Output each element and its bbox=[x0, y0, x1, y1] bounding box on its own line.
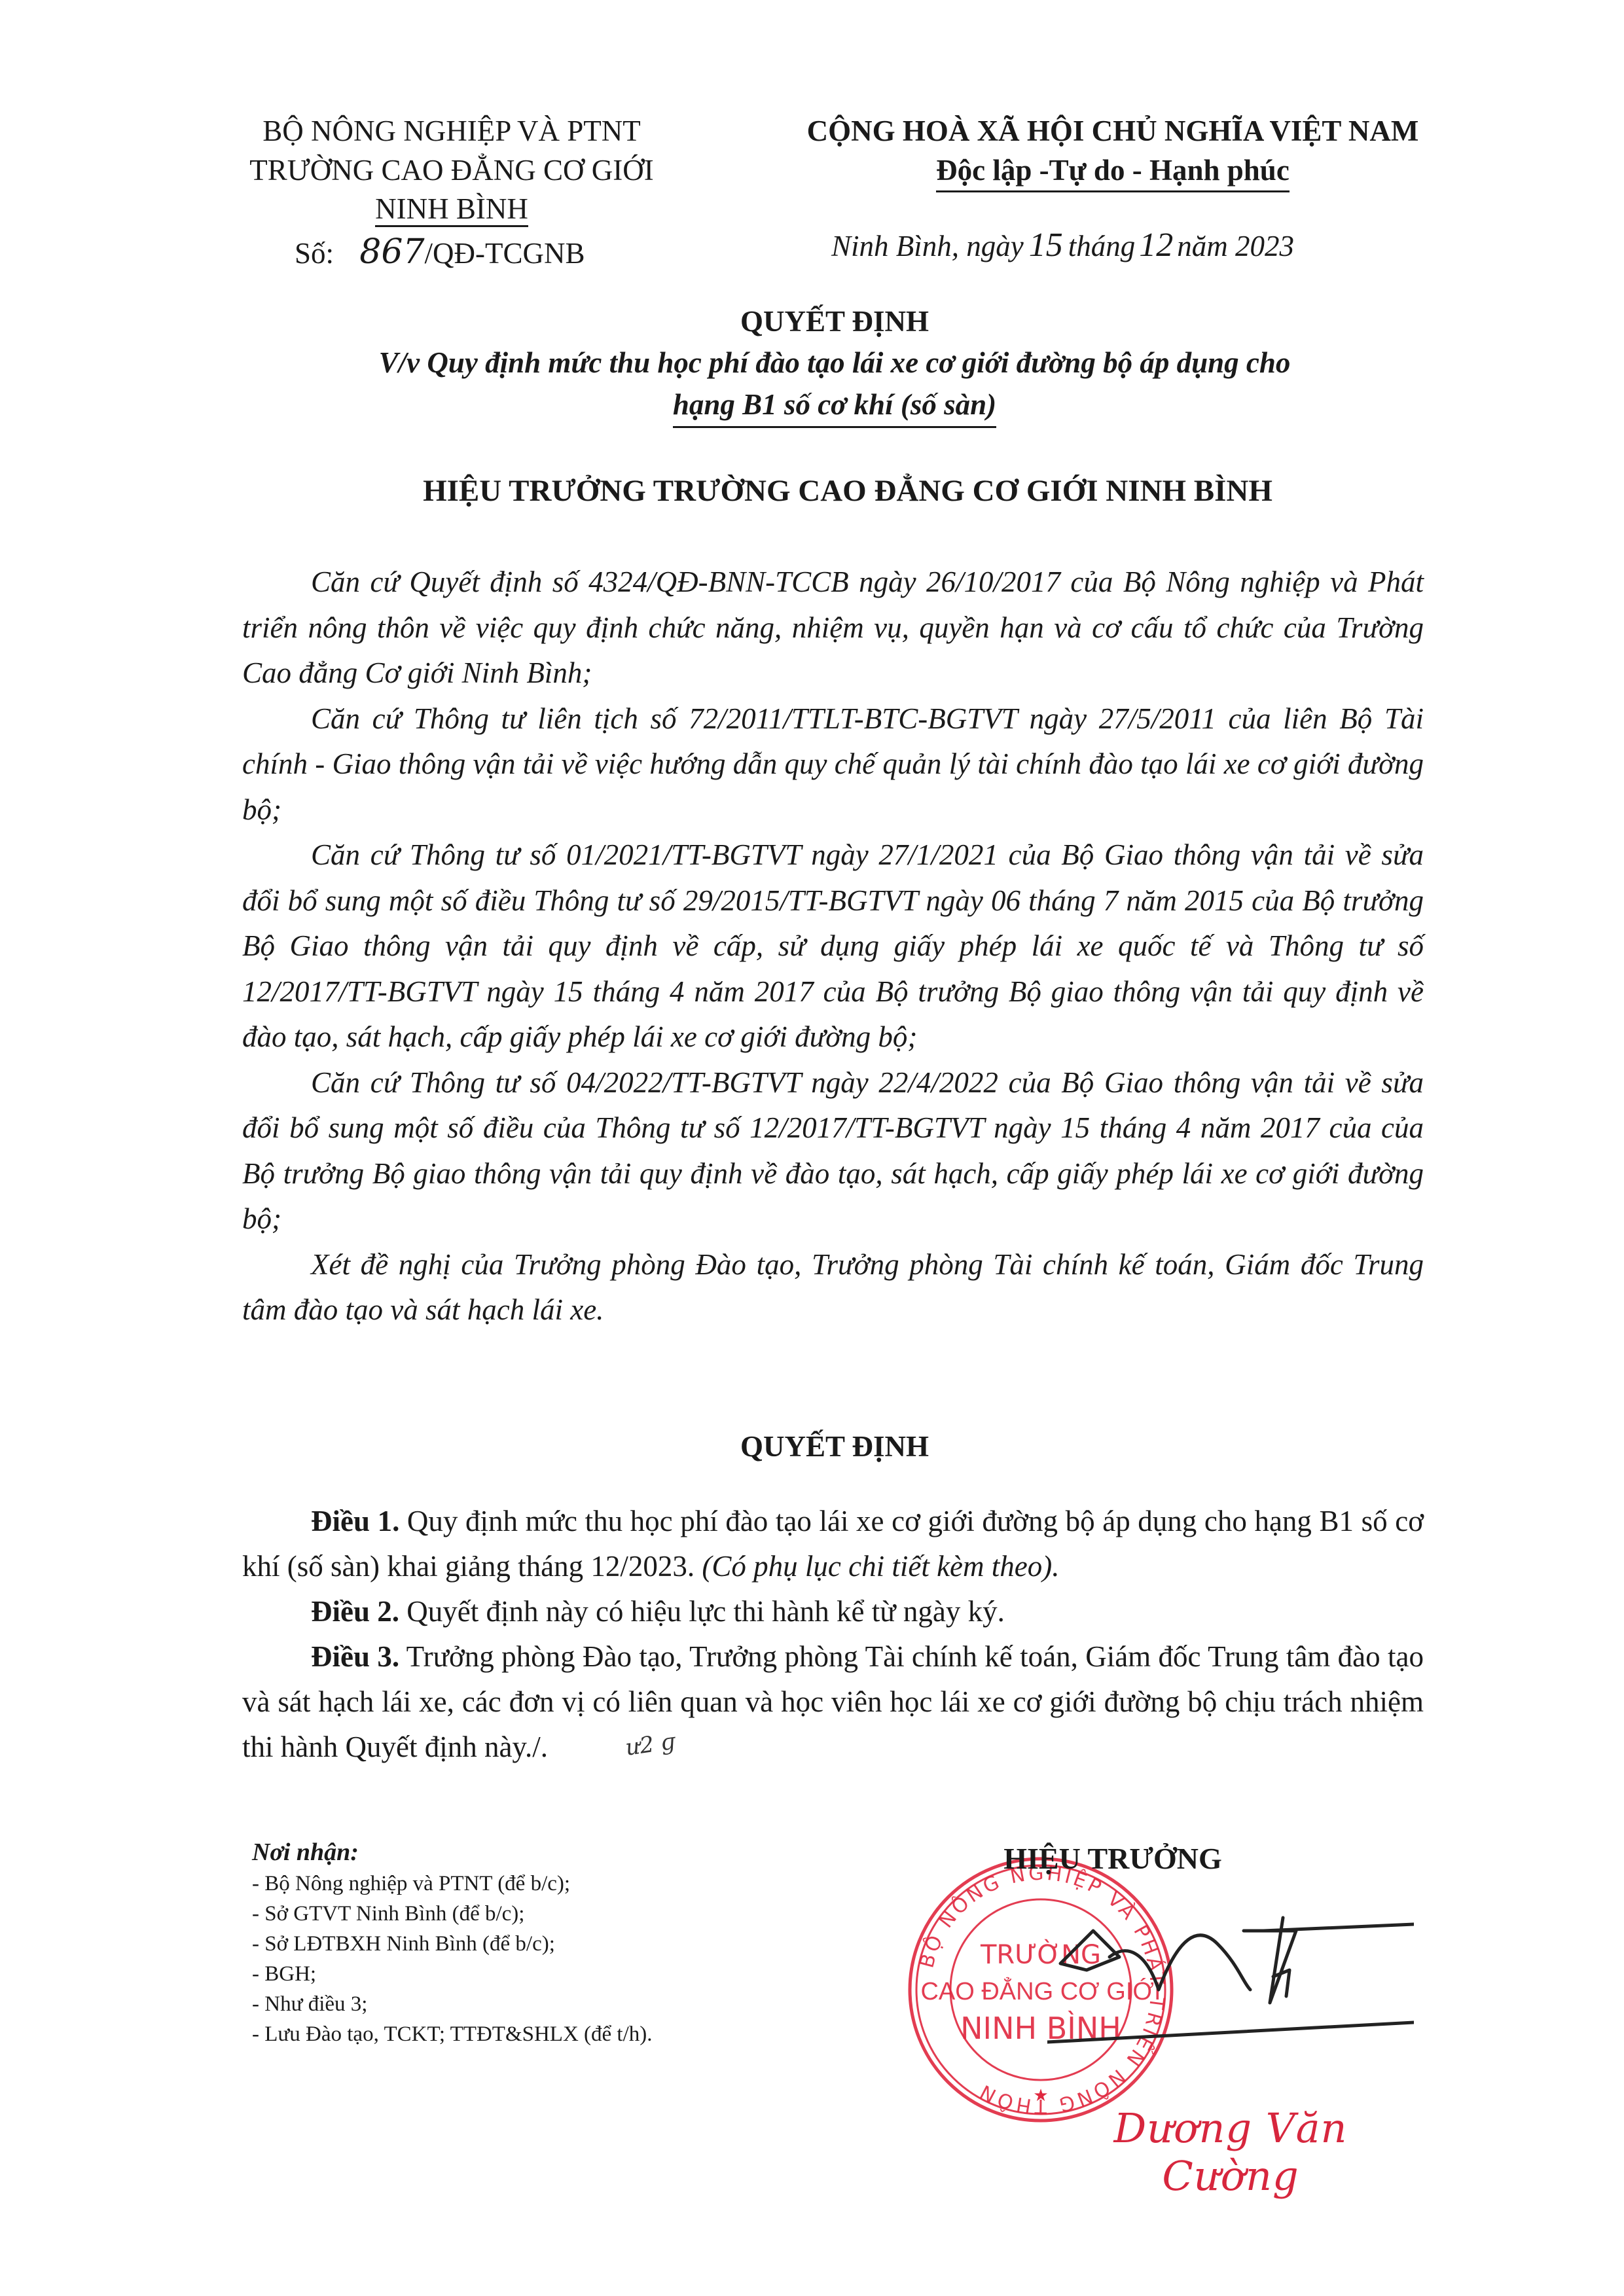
document-type: QUYẾT ĐỊNH bbox=[236, 301, 1434, 342]
subject-line-1: V/v Quy định mức thu học phí đào tạo lái… bbox=[236, 342, 1434, 384]
document-number: Số: 867/QĐ-TCGNB bbox=[295, 232, 585, 273]
article-text: Trưởng phòng Đào tạo, Trưởng phòng Tài c… bbox=[242, 1640, 1424, 1763]
nation-name: CỘNG HOÀ XÃ HỘI CHỦ NGHĨA VIỆT NAM bbox=[772, 111, 1453, 151]
number-suffix: /QĐ-TCGNB bbox=[425, 237, 585, 270]
legal-basis-item: Căn cứ Thông tư số 04/2022/TT-BGTVT ngày… bbox=[242, 1060, 1424, 1242]
ministry-name: BỘ NÔNG NGHIỆP VÀ PTNT bbox=[196, 111, 707, 151]
legal-basis-item: Xét đề nghị của Trưởng phòng Đào tạo, Tr… bbox=[242, 1242, 1424, 1333]
article-text: Quyết định này có hiệu lực thi hành kể t… bbox=[399, 1595, 1005, 1628]
recipient-item: - BGH; bbox=[252, 1959, 841, 1989]
article-3: Điều 3. Trưởng phòng Đào tạo, Trưởng phò… bbox=[242, 1634, 1424, 1772]
article-2: Điều 2. Quyết định này có hiệu lực thi h… bbox=[242, 1589, 1424, 1634]
legal-basis-item: Căn cứ Thông tư số 01/2021/TT-BGTVT ngày… bbox=[242, 833, 1424, 1060]
signer-name: Dương Văn Cường bbox=[1047, 2104, 1414, 2200]
article-label: Điều 2. bbox=[311, 1595, 399, 1628]
recipients-heading: Nơi nhận: bbox=[252, 1836, 841, 1869]
legal-basis-item: Căn cứ Thông tư liên tịch số 72/2011/TTL… bbox=[242, 696, 1424, 833]
school-name-line2: NINH BÌNH bbox=[375, 192, 528, 227]
number-label: Số: bbox=[295, 237, 334, 270]
decision-heading: QUYẾT ĐỊNH bbox=[236, 1427, 1434, 1466]
month-label: tháng bbox=[1068, 230, 1136, 262]
svg-text:★: ★ bbox=[1033, 2086, 1048, 2106]
signer-title: HIỆU TRƯỞNG bbox=[943, 1839, 1283, 1878]
article-note: (Có phụ lục chi tiết kèm theo). bbox=[702, 1550, 1059, 1583]
article-label: Điều 3. bbox=[311, 1640, 399, 1673]
national-header: CỘNG HOÀ XÃ HỘI CHỦ NGHĨA VIỆT NAM Độc l… bbox=[772, 111, 1453, 190]
issuing-agency-header: BỘ NÔNG NGHIỆP VÀ PTNT TRƯỜNG CAO ĐẲNG C… bbox=[196, 111, 707, 228]
recipient-item: - Như điều 3; bbox=[252, 1989, 841, 2019]
article-1: Điều 1. Quy định mức thu học phí đào tạo… bbox=[242, 1499, 1424, 1589]
recipient-item: - Sở GTVT Ninh Bình (để b/c); bbox=[252, 1899, 841, 1929]
recipient-item: - Bộ Nông nghiệp và PTNT (để b/c); bbox=[252, 1869, 841, 1899]
school-name-line1: TRƯỜNG CAO ĐẲNG CƠ GIỚI bbox=[196, 151, 707, 190]
place-and-date: Ninh Bình, ngày15tháng12năm 2023 bbox=[831, 226, 1294, 266]
day-handwritten: 15 bbox=[1029, 226, 1063, 264]
recipient-item: - Lưu Đào tạo, TCKT; TTĐT&SHLX (để t/h). bbox=[252, 2019, 841, 2049]
legal-basis: Căn cứ Quyết định số 4324/QĐ-BNN-TCCB ng… bbox=[242, 560, 1424, 1333]
national-motto: Độc lập -Tự do - Hạnh phúc bbox=[936, 154, 1290, 192]
subject-line-2: hạng B1 số cơ khí (số sàn) bbox=[673, 388, 996, 428]
initial-mark: ư2 ɡ bbox=[554, 1719, 678, 1781]
legal-basis-item: Căn cứ Quyết định số 4324/QĐ-BNN-TCCB ng… bbox=[242, 560, 1424, 696]
title-block: QUYẾT ĐỊNH V/v Quy định mức thu học phí … bbox=[236, 301, 1434, 425]
handwritten-signature-icon bbox=[1047, 1885, 1414, 2055]
year-label: năm 2023 bbox=[1177, 230, 1294, 262]
number-handwritten: 867 bbox=[359, 232, 424, 272]
articles: Điều 1. Quy định mức thu học phí đào tạo… bbox=[242, 1499, 1424, 1772]
issuer-heading: HIỆU TRƯỞNG TRƯỜNG CAO ĐẲNG CƠ GIỚI NINH… bbox=[236, 471, 1460, 511]
month-handwritten: 12 bbox=[1139, 226, 1173, 264]
recipient-item: - Sở LĐTBXH Ninh Bình (để b/c); bbox=[252, 1929, 841, 1959]
place-prefix: Ninh Bình, ngày bbox=[831, 230, 1024, 262]
article-label: Điều 1. bbox=[311, 1505, 399, 1537]
recipients: Nơi nhận: - Bộ Nông nghiệp và PTNT (để b… bbox=[252, 1836, 841, 2049]
